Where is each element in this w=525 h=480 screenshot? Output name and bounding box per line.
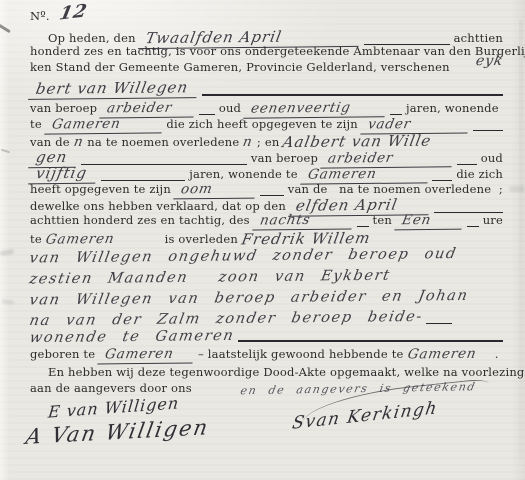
blank-rule [202, 94, 503, 96]
printed-text: dewelke ons hebben verklaard, dat op den [30, 199, 286, 213]
doc-line-16: van Willegen van beroep arbeider en Joha… [30, 290, 503, 306]
closing-annotation: en de aangevers is geteekend [239, 380, 504, 398]
death-certificate-scan: Nº.12Op heden, denTwaalfden Aprilachttie… [0, 0, 525, 480]
deceased-parents-line-2: na van der Zalm zonder beroep beide- [28, 309, 424, 329]
ink-bleed-mark [0, 249, 14, 256]
doc-line-13: teGamerenis overledenFredrik Willem [30, 229, 503, 247]
doc-line-20: En hebben wij deze tegenwoordige Dood-Ak… [30, 365, 503, 379]
printed-text: Op heden, den [48, 31, 136, 45]
printed-text: . [495, 347, 499, 361]
printed-text: oud [481, 151, 503, 165]
printed-text: aan de aangevers door ons [30, 381, 192, 395]
blank-dash [390, 114, 402, 115]
printed-text: van de na te noemen overledene ; [288, 182, 503, 196]
printed-text: – laatstelijk gewoond hebbende te [198, 347, 404, 361]
document-number-label: Nº. [30, 9, 50, 23]
printed-text: te [30, 117, 42, 131]
declarant-1-name-part: eyk [474, 53, 504, 69]
deceased-parents-line-1: van Willegen van beroep arbeider en Joha… [28, 288, 505, 309]
printed-text: te [30, 232, 42, 246]
doc-line-18: wonende te Gameren [30, 329, 503, 345]
place-of-birth: Gameren [98, 346, 196, 365]
doc-line-14: van Willegen ongehuwd zonder beroep oud [30, 248, 503, 264]
blank-dash [467, 226, 479, 227]
deceased-parents-residence: wonende te Gameren [28, 328, 235, 346]
printed-text: oud [219, 101, 241, 115]
printed-text: ken Stand der Gemeente Gameren, Provinci… [30, 60, 450, 74]
printed-text: is overleden [165, 232, 238, 246]
doc-line-17: na van der Zalm zonder beroep beide- [30, 311, 503, 327]
document-number-line: Nº.12 [30, 4, 503, 25]
blank-dash [357, 226, 369, 227]
doc-line-2: honderd zes en tachtig, is voor ons onde… [30, 44, 503, 58]
scan-edge-shadow [519, 20, 523, 460]
doc-line-12: achttien honderd zes en tachtig, desnach… [30, 212, 503, 230]
printed-text: geboren te [30, 347, 95, 361]
doc-line-15: zestien Maanden zoon van Eykbert [30, 269, 503, 285]
doc-line-4: bert van Willegen [30, 79, 503, 99]
scan-artifact [0, 24, 11, 33]
blank-dash [199, 114, 215, 115]
document-number-value: 12 [57, 0, 89, 24]
blank-dash [426, 323, 452, 324]
scan-artifact [1, 149, 10, 154]
ink-bleed-mark [2, 299, 14, 305]
printed-text: van beroep [251, 151, 318, 165]
doc-line-3: ken Stand der Gemeente Gameren, Provinci… [30, 59, 503, 75]
printed-text: ; en [257, 135, 280, 149]
printed-text: achttien [454, 31, 503, 45]
printed-text: van de [30, 135, 70, 149]
printed-text: van beroep [30, 101, 97, 115]
printed-text: jaren, wonende te [189, 167, 297, 181]
printed-text: na te noemen overledene [87, 135, 239, 149]
doc-line-19: geboren teGameren– laatstelijk gewoond h… [30, 346, 503, 364]
time-of-death-period: nachts [252, 211, 354, 230]
blank-rule [238, 340, 503, 342]
printed-text: heeft opgegeven te zijn [30, 182, 171, 196]
place-of-death: Gameren [44, 230, 162, 247]
last-residence: Gameren [406, 346, 492, 363]
deceased-details-line-1: van Willegen ongehuwd zonder beroep oud [28, 246, 505, 267]
printed-text: die zich heeft opgegeven te zijn [166, 117, 357, 131]
declarant-1-name: bert van Willegen [28, 78, 200, 100]
printed-text: En hebben wij deze tegenwoordige Dood-Ak… [48, 365, 525, 379]
printed-text: ten [373, 213, 392, 227]
printed-text: honderd zes en tachtig, is voor ons onde… [30, 44, 525, 58]
deceased-details-line-2: zestien Maanden zoon van Eykbert [28, 267, 505, 288]
doc-line-21: aan de aangevers door onsen de aangevers… [30, 381, 503, 395]
printed-text: achttien honderd zes en tachtig, des [30, 213, 250, 227]
printed-text: jaren, wonende [406, 101, 499, 115]
printed-text: die zich [456, 167, 503, 181]
signature-registrar: Svan Kerkingh [291, 398, 440, 434]
ink-bleed-mark [509, 186, 525, 192]
printed-text: ure [483, 213, 503, 227]
